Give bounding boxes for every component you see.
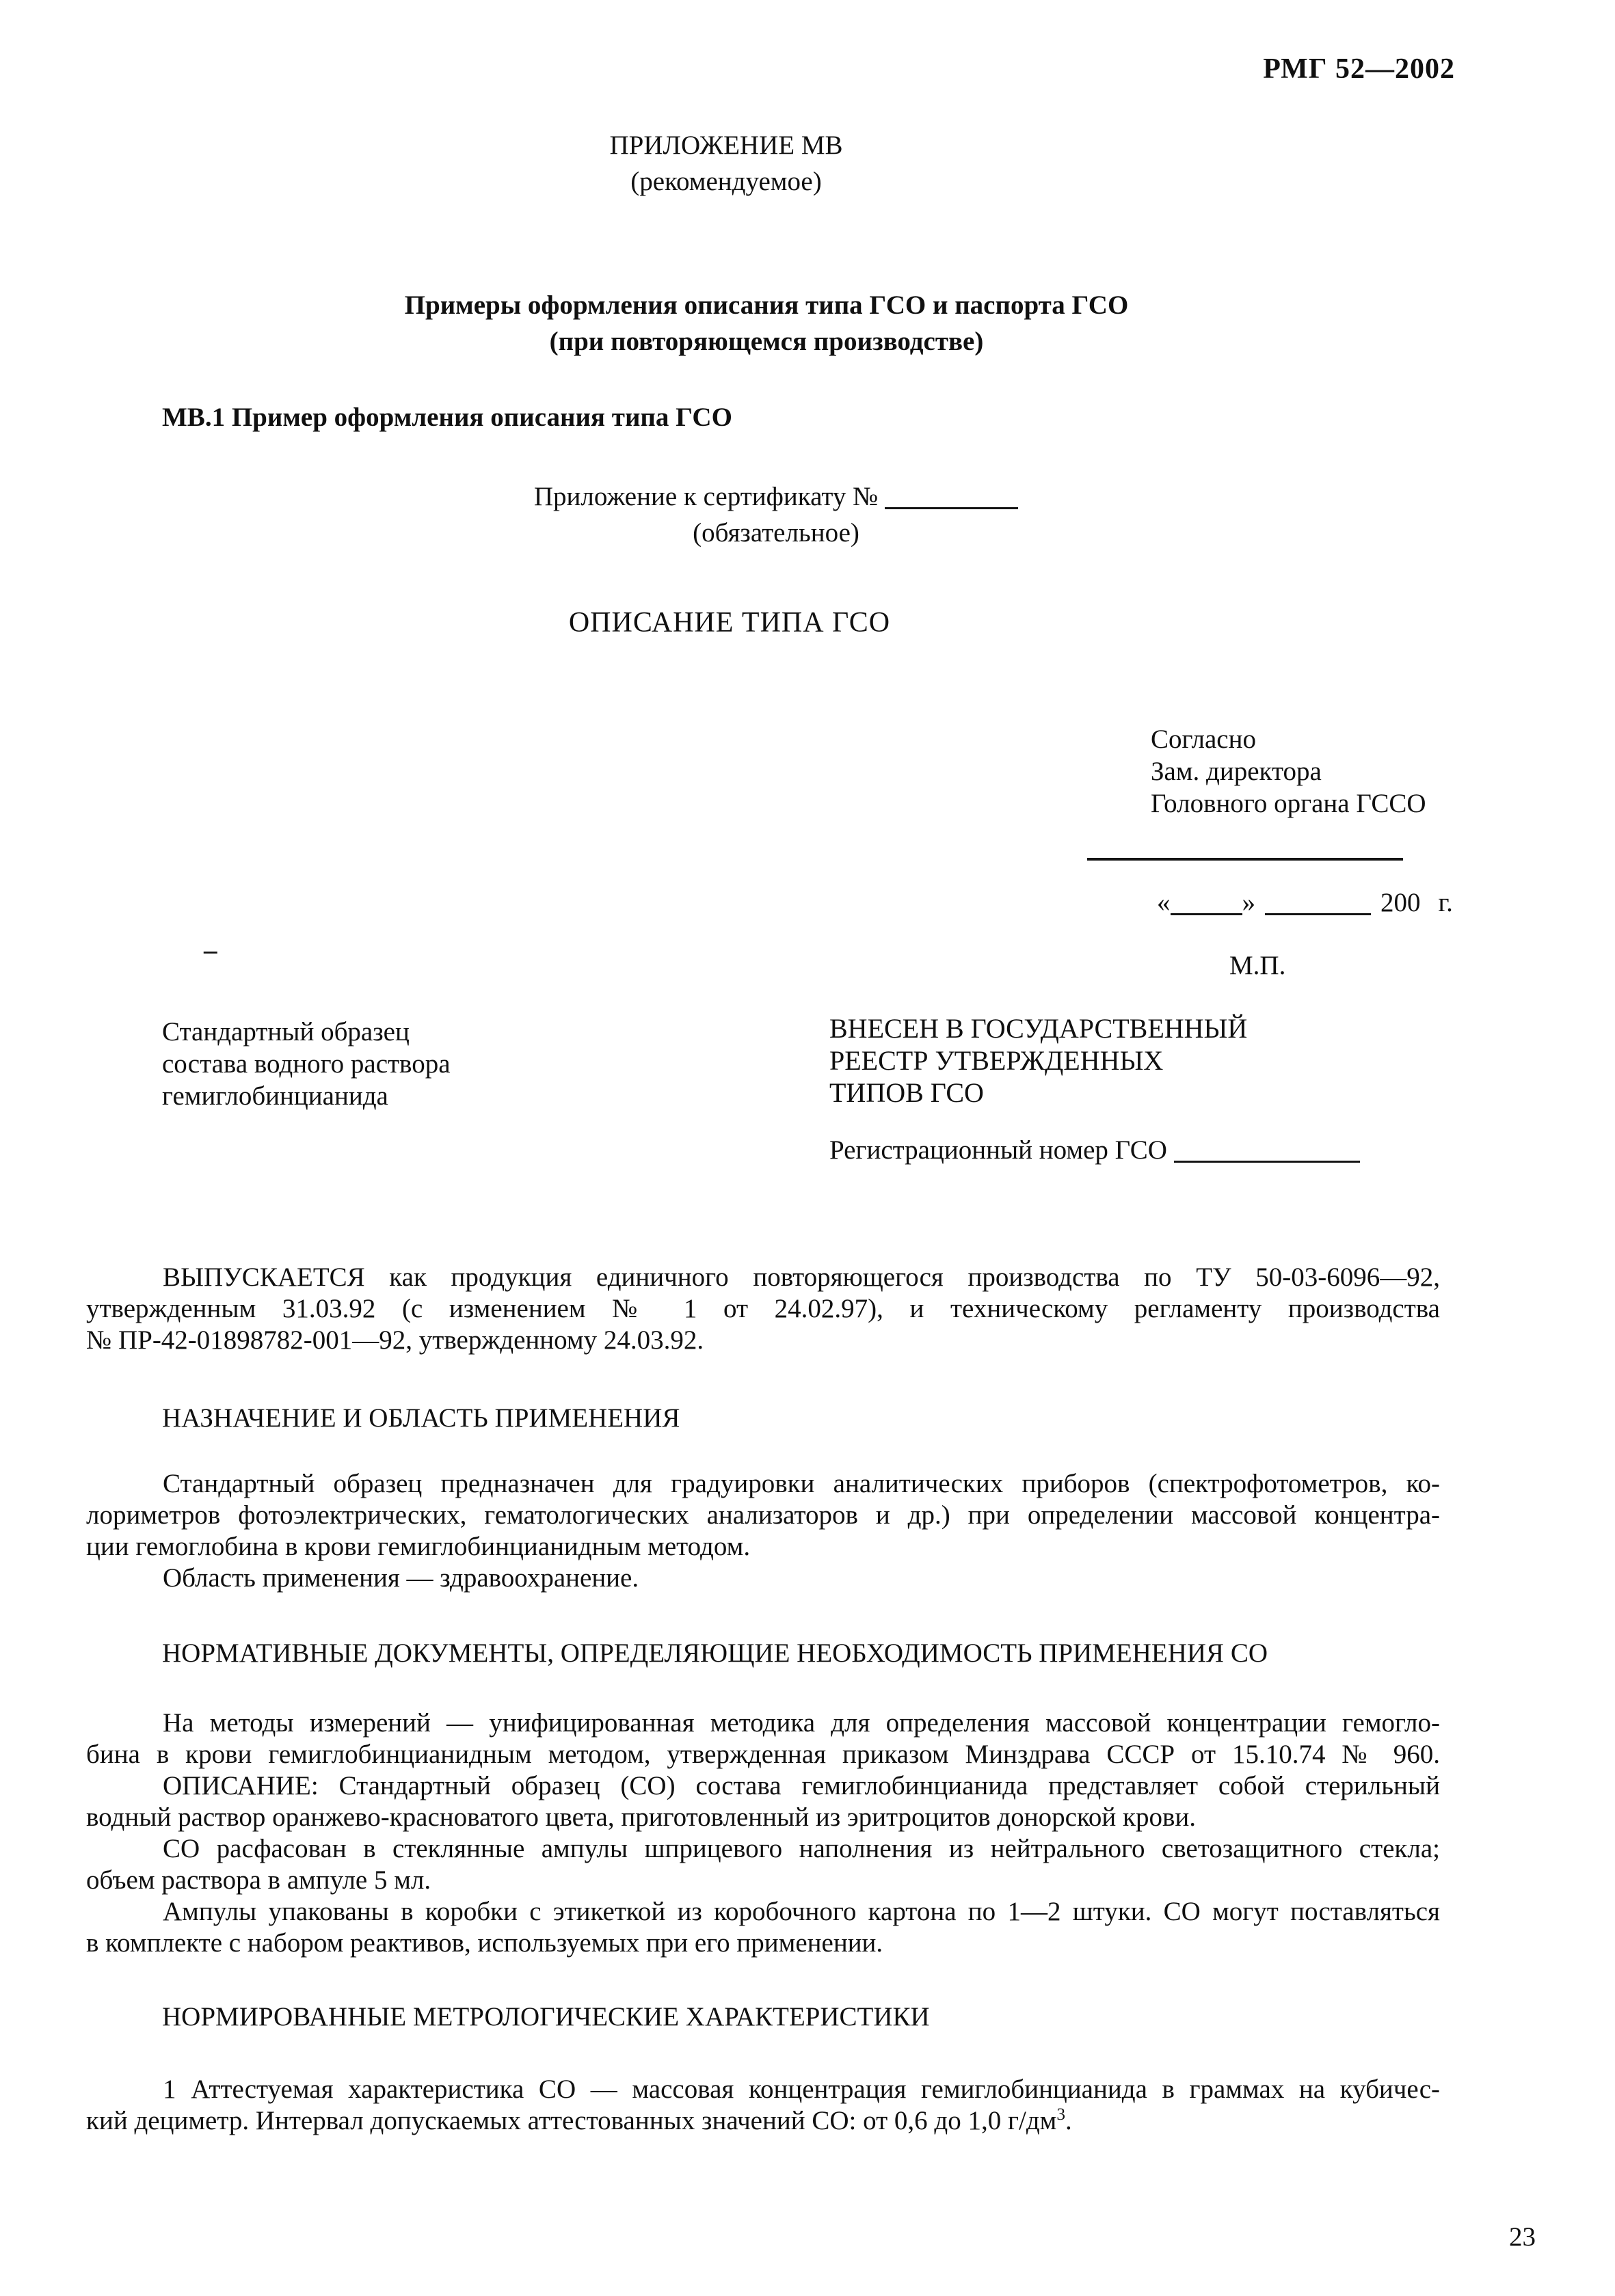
text-line: СО расфасован в стеклянные ампулы шприце… bbox=[86, 1833, 1440, 1865]
sample-name-line3: гемиглобинцианида bbox=[162, 1080, 451, 1112]
paragraph-purpose: Стандартный образец предназначен для гра… bbox=[86, 1468, 1440, 1594]
certificate-label: Приложение к сертификату № bbox=[534, 482, 879, 511]
certificate-line: Приложение к сертификату № bbox=[0, 478, 1552, 515]
metrology-line2-period: . bbox=[1065, 2106, 1072, 2135]
metrology-line2-text: кий дециметр. Интервал допускаемых аттес… bbox=[86, 2106, 1056, 2135]
text-line: № ПР-42-01898782-001—92, утвержденному 2… bbox=[86, 1325, 1440, 1356]
registration-number-label: Регистрационный номер ГСО bbox=[829, 1135, 1167, 1165]
date-day-blank bbox=[1171, 891, 1242, 915]
text-line: объем раствора в ампуле 5 мл. bbox=[86, 1865, 1440, 1896]
section-heading-mb1: МВ.1 Пример оформления описания типа ГСО bbox=[162, 402, 732, 433]
date-year-suffix: г. bbox=[1439, 888, 1453, 917]
date-line: «»200г. bbox=[1157, 887, 1453, 919]
text-line: ОПИСАНИЕ: Стандартный образец (СО) соста… bbox=[86, 1770, 1440, 1802]
sample-name-line1: Стандартный образец bbox=[162, 1016, 451, 1048]
appendix-heading: ПРИЛОЖЕНИЕ МВ (рекомендуемое) bbox=[0, 127, 1452, 200]
stamp-place-label: М.П. bbox=[1229, 950, 1285, 982]
registration-number-line: Регистрационный номер ГСО bbox=[829, 1135, 1360, 1166]
sample-name-block: Стандартный образец состава водного раст… bbox=[162, 1016, 451, 1112]
examples-title-line1: Примеры оформления описания типа ГСО и п… bbox=[0, 287, 1533, 323]
text-line: утвержденным 31.03.92 (с изменением № 1 … bbox=[86, 1293, 1440, 1325]
text-line: На методы измерений — унифицированная ме… bbox=[86, 1707, 1440, 1739]
date-year: 200 bbox=[1380, 888, 1421, 917]
stray-dash-mark: – bbox=[204, 935, 217, 967]
doc-type-title: ОПИСАНИЕ ТИПА ГСО bbox=[0, 607, 1459, 638]
section-heading-metrology: НОРМИРОВАННЫЕ МЕТРОЛОГИЧЕСКИЕ ХАРАКТЕРИС… bbox=[162, 2001, 930, 2033]
registry-block: ВНЕСЕН В ГОСУДАРСТВЕННЫЙ РЕЕСТР УТВЕРЖДЕ… bbox=[829, 1012, 1247, 1109]
text-line: ВЫПУСКАЕТСЯ как продукция единичного пов… bbox=[86, 1262, 1440, 1293]
text-line: в комплекте с набором реактивов, использ… bbox=[86, 1928, 1440, 1959]
text-line: ции гемоглобина в крови гемиглобинцианид… bbox=[86, 1531, 1440, 1563]
date-close-quote: » bbox=[1242, 888, 1256, 917]
certificate-note: (обязательное) bbox=[0, 515, 1552, 551]
paragraph-normative: На методы измерений — унифицированная ме… bbox=[86, 1707, 1440, 1959]
text-line: Область применения — здравоохранение. bbox=[86, 1563, 1440, 1594]
appendix-note: (рекомендуемое) bbox=[0, 163, 1452, 200]
date-month-blank bbox=[1265, 891, 1371, 915]
sample-name-line2: состава водного раствора bbox=[162, 1048, 451, 1080]
text-line: водный раствор оранжево-красноватого цве… bbox=[86, 1802, 1440, 1833]
registry-line1: ВНЕСЕН В ГОСУДАРСТВЕННЫЙ bbox=[829, 1012, 1247, 1044]
text-line: 1 Аттестуемая характеристика СО — массов… bbox=[86, 2074, 1440, 2105]
text-line: Стандартный образец предназначен для гра… bbox=[86, 1468, 1440, 1500]
cubic-superscript: 3 bbox=[1056, 2105, 1065, 2124]
approval-deputy: Зам. директора bbox=[1151, 755, 1426, 787]
registry-line2: РЕЕСТР УТВЕРЖДЕННЫХ bbox=[829, 1044, 1247, 1077]
paragraph-issued: ВЫПУСКАЕТСЯ как продукция единичного пов… bbox=[86, 1262, 1440, 1356]
certificate-number-blank bbox=[885, 485, 1018, 509]
signature-line bbox=[1087, 858, 1403, 861]
doc-number: РМГ 52—2002 bbox=[0, 53, 1455, 85]
text-line: Ампулы упакованы в коробки с этикеткой и… bbox=[86, 1896, 1440, 1928]
date-open-quote: « bbox=[1157, 888, 1171, 917]
examples-title-line2: (при повторяющемся производстве) bbox=[0, 323, 1533, 360]
section-heading-purpose: НАЗНАЧЕНИЕ И ОБЛАСТЬ ПРИМЕНЕНИЯ bbox=[162, 1403, 680, 1434]
text-line: лориметров фотоэлектрических, гематологи… bbox=[86, 1500, 1440, 1531]
approval-block: Согласно Зам. директора Головного органа… bbox=[1151, 723, 1426, 820]
section-heading-normative: НОРМАТИВНЫЕ ДОКУМЕНТЫ, ОПРЕДЕЛЯЮЩИЕ НЕОБ… bbox=[162, 1638, 1268, 1669]
paragraph-metrology: 1 Аттестуемая характеристика СО — массов… bbox=[86, 2074, 1440, 2137]
approval-agreed: Согласно bbox=[1151, 723, 1426, 755]
examples-title: Примеры оформления описания типа ГСО и п… bbox=[0, 287, 1533, 360]
text-line: бина в крови гемиглобинцианидным методом… bbox=[86, 1739, 1440, 1770]
approval-organ: Головного органа ГССО bbox=[1151, 787, 1426, 820]
page-number: 23 bbox=[0, 2221, 1536, 2253]
document-page: РМГ 52—2002 ПРИЛОЖЕНИЕ МВ (рекомендуемое… bbox=[0, 0, 1615, 2296]
registry-line3: ТИПОВ ГСО bbox=[829, 1077, 1247, 1109]
registration-number-blank bbox=[1174, 1138, 1360, 1163]
appendix-title: ПРИЛОЖЕНИЕ МВ bbox=[0, 127, 1452, 163]
certificate-block: Приложение к сертификату № (обязательное… bbox=[0, 478, 1552, 551]
text-line: кий дециметр. Интервал допускаемых аттес… bbox=[86, 2105, 1440, 2137]
